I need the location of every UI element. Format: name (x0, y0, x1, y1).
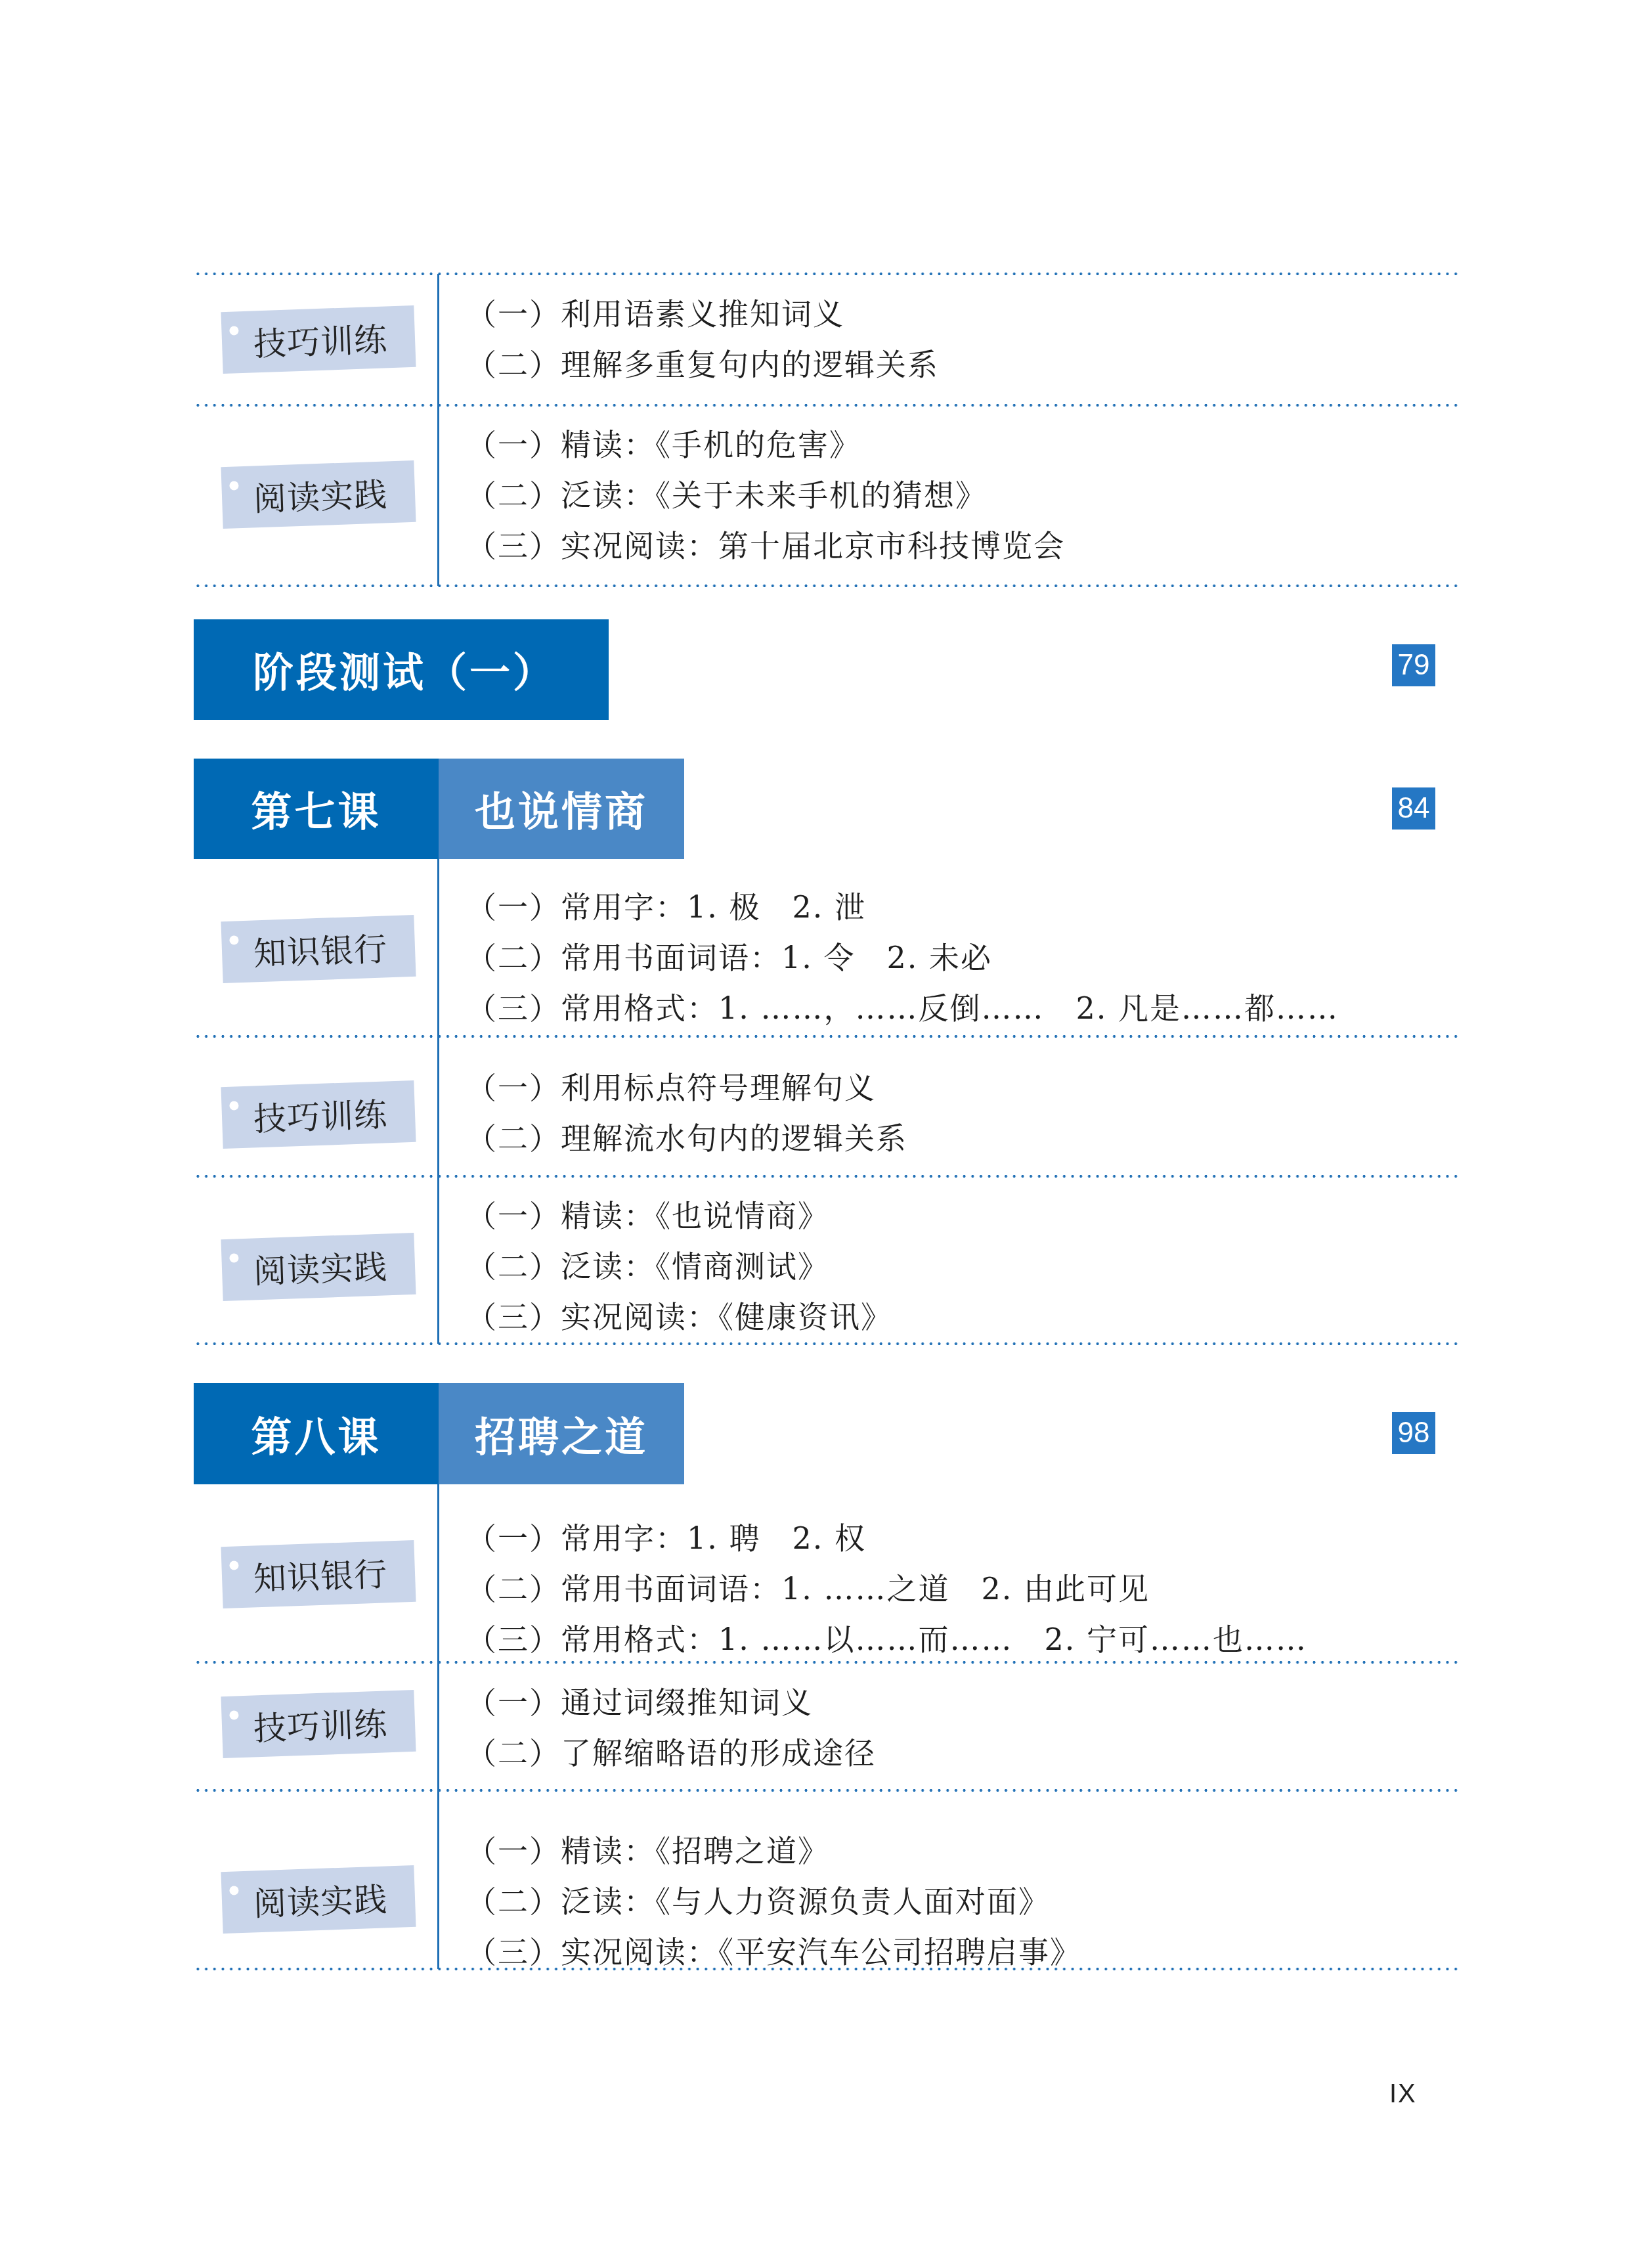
toc-entry[interactable]: （三）常用格式：1. ……以……而…… 2. 宁可……也…… (466, 1614, 1307, 1664)
toc-entry[interactable]: （二）泛读：《关于未来手机的猜想》 (466, 470, 987, 520)
toc-entry[interactable]: （一）通过词缀推知词义 (466, 1677, 813, 1727)
toc-entry[interactable]: （一）利用标点符号理解句义 (466, 1063, 876, 1113)
toc-entry[interactable]: （二）泛读：《情商测试》 (466, 1241, 829, 1291)
dotted-divider (194, 1789, 1459, 1792)
lesson-number[interactable]: 第八课 (194, 1383, 439, 1484)
toc-entry[interactable]: （一）精读：《也说情商》 (466, 1191, 829, 1241)
tag-label: 阅读实践 (253, 1241, 388, 1293)
vertical-rule (437, 859, 439, 1344)
tag-label: 知识银行 (253, 1548, 388, 1600)
page-number-badge[interactable]: 98 (1392, 1412, 1435, 1454)
toc-entry[interactable]: （一）常用字：1. 聘 2. 权 (466, 1513, 866, 1563)
tag-label: 阅读实践 (253, 468, 388, 520)
tag-label: 技巧训练 (253, 313, 388, 365)
tag-hole-icon (229, 1561, 238, 1570)
tag-label: 知识银行 (253, 923, 388, 975)
dotted-divider (194, 1342, 1459, 1345)
toc-entry[interactable]: （一）利用语素义推知词义 (466, 289, 844, 339)
page-number-badge[interactable]: 84 (1392, 787, 1435, 830)
tag-reading: 阅读实践 (221, 1865, 416, 1934)
tag-hole-icon (229, 1710, 238, 1719)
tag-knowledge: 知识银行 (221, 1540, 416, 1608)
toc-entry[interactable]: （三）实况阅读：第十届北京市科技博览会 (466, 521, 1065, 571)
toc-entry[interactable]: （一）精读：《手机的危害》 (466, 420, 861, 470)
toc-entry[interactable]: （二）常用书面词语：1. 令 2. 未必 (466, 933, 992, 983)
vertical-rule (437, 1484, 439, 1969)
lesson-title[interactable]: 也说情商 (439, 759, 684, 859)
page-number-badge[interactable]: 79 (1392, 644, 1435, 686)
toc-entry[interactable]: （二）常用书面词语：1. ……之道 2. 由此可见 (466, 1564, 1150, 1614)
tag-skills: 技巧训练 (221, 305, 416, 374)
toc-entry[interactable]: （二）理解多重复句内的逻辑关系 (466, 340, 939, 389)
tag-reading: 阅读实践 (221, 460, 416, 529)
lesson-title[interactable]: 招聘之道 (439, 1383, 684, 1484)
toc-entry[interactable]: （一）精读：《招聘之道》 (466, 1826, 829, 1876)
tag-hole-icon (229, 326, 238, 335)
toc-entry[interactable]: （一）常用字：1. 极 2. 泄 (466, 882, 866, 932)
tag-label: 技巧训练 (253, 1088, 388, 1140)
lesson-number[interactable]: 第七课 (194, 759, 439, 859)
dotted-divider (194, 585, 1459, 587)
tag-knowledge: 知识银行 (221, 915, 416, 983)
toc-entry[interactable]: （二）了解缩略语的形成途径 (466, 1728, 876, 1778)
dotted-divider (194, 1661, 1459, 1664)
vertical-rule (437, 274, 439, 586)
tag-hole-icon (229, 935, 238, 944)
stage-test-title[interactable]: 阶段测试（一） (194, 619, 609, 720)
toc-entry[interactable]: （三）常用格式：1. ……，……反倒…… 2. 凡是……都…… (466, 983, 1339, 1033)
toc-entry[interactable]: （二）理解流水句内的逻辑关系 (466, 1113, 907, 1163)
tag-hole-icon (229, 1101, 238, 1110)
tag-hole-icon (229, 481, 238, 490)
tag-label: 技巧训练 (253, 1698, 388, 1750)
page-folio: IX (1389, 2079, 1417, 2109)
dotted-divider (194, 273, 1459, 275)
tag-skills: 技巧训练 (221, 1690, 416, 1758)
tag-skills: 技巧训练 (221, 1080, 416, 1149)
toc-entry[interactable]: （三）实况阅读：《健康资讯》 (466, 1292, 892, 1342)
tag-hole-icon (229, 1253, 238, 1262)
dotted-divider (194, 1035, 1459, 1038)
dotted-divider (194, 1175, 1459, 1178)
tag-label: 阅读实践 (253, 1873, 388, 1925)
tag-hole-icon (229, 1886, 238, 1895)
dotted-divider (194, 404, 1459, 407)
tag-reading: 阅读实践 (221, 1233, 416, 1301)
dotted-divider (194, 1968, 1459, 1970)
toc-entry[interactable]: （二）泛读：《与人力资源负责人面对面》 (466, 1876, 1050, 1926)
